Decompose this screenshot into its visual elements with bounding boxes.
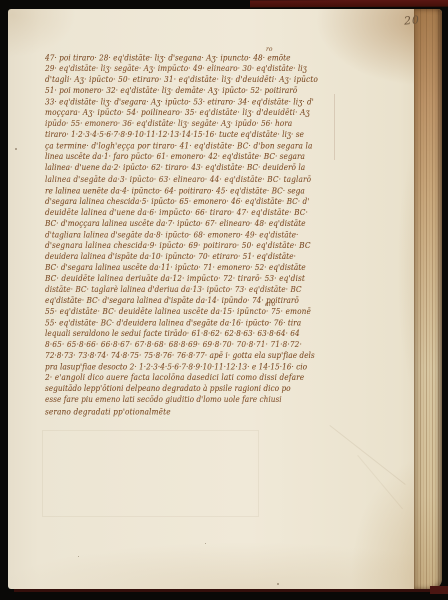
- interlinear-insertion: ro: [266, 46, 272, 53]
- manuscript-line: lequali seraldono le sedui facte tirādo·…: [45, 328, 313, 339]
- bleedthrough-ghost: [334, 94, 335, 160]
- manuscript-line: lalinea· d'uene da·2· ipūcto· 62· tiraro…: [45, 162, 313, 173]
- book-binding-top-edge: [250, 0, 448, 7]
- book-binding-corner: [430, 586, 448, 594]
- book-binding-bottom-edge: [14, 589, 434, 592]
- manuscript-line: d'segara lalinea chescida·5· ipūcto· 65·…: [45, 195, 313, 206]
- manuscript-line: linea uscēte da·1· faro pūcto· 61· emone…: [45, 151, 313, 162]
- manuscript-line: ça termine· d'logh'eçça por tiraro· 41· …: [45, 141, 313, 152]
- manuscript-line: esse fare piu emeno lati secōdo giuditio…: [45, 394, 313, 405]
- manuscript-page: 20 47· poi tiraro· 28· eq'distāte· liʒ· …: [8, 9, 442, 589]
- manuscript-line: seguitādo lepp'ōtioni delpeano degradato…: [45, 383, 313, 394]
- manuscript-line: BC· deuidēte lalinea deriuāte da·12· imp…: [45, 273, 313, 284]
- manuscript-line: re lalinea uenēte da·4· ipūncto· 64· poi…: [45, 185, 313, 196]
- manuscript-line: 2· e'angoli dico auere facta lacolōna da…: [45, 372, 313, 383]
- ink-speck: [205, 543, 206, 544]
- manuscript-line: 51· poi monero· 32· eq'distāte· liʒ· dem…: [45, 85, 313, 96]
- manuscript-line: 55· eq'distāte· BC· d'deuidera lalinea d…: [45, 317, 313, 328]
- manuscript-line: distāte· BC· taglarè lalinea d'deriua da…: [45, 284, 313, 295]
- manuscript-line: ipūdo· 55· emonero· 36· eq'distāte· liʒ·…: [45, 118, 313, 129]
- manuscript-line: 72·8·73· 73·8·74· 74·8·75· 75·8·76· 76·8…: [45, 350, 313, 361]
- interlinear-insertion: aro: [265, 301, 275, 308]
- ink-speck: [15, 148, 17, 150]
- manuscript-line: deuidera lalinea d'ispāte da·10· ipūncto…: [45, 251, 313, 262]
- bleedthrough-ghost: [42, 430, 259, 517]
- manuscript-line: BC· d'moççara lalinea uscēte da·7· ipūct…: [45, 218, 313, 229]
- manuscript-line: deuidēte lalinea d'uene da·6· impūcto· 6…: [45, 207, 313, 218]
- manuscript-line: d'segnara lalinea chescida·9· ipūcto· 69…: [45, 240, 313, 251]
- manuscript-line: moççara· Aʒ· ipūcto· 54· poilinearo· 35·…: [45, 107, 313, 118]
- manuscript-line: pra lasup'fiae desocto 2· 1·2·3·4·5·6·7·…: [45, 362, 313, 373]
- manuscript-line: d'tagliara lalinea d'segāte da·8· ipūcto…: [45, 229, 313, 240]
- manuscript-line: serano degradati pp'otionalmēte: [45, 406, 313, 417]
- photograph-of-manuscript: 20 47· poi tiraro· 28· eq'distāte· liʒ· …: [0, 0, 448, 600]
- book-fore-edge: [414, 9, 442, 589]
- bleedthrough-ghost: [357, 455, 403, 509]
- manuscript-line: 47· poi tiraro· 28· eq'distāte· liʒ· d's…: [45, 52, 313, 63]
- manuscript-line: tiraro· 1·2·3·4·5·6·7·8·9·10·11·12·13·14…: [45, 129, 313, 140]
- manuscript-line: 8·65· 65·8·66· 66·8·67· 67·8·68· 68·8·69…: [45, 339, 313, 350]
- ink-speck: [78, 556, 79, 557]
- ink-speck: [277, 583, 279, 585]
- folio-number: 20: [403, 13, 420, 27]
- manuscript-line: 29· eq'distāte· liʒ· segāte· Aʒ· impūcto…: [45, 63, 313, 74]
- manuscript-line: BC· d'segara lalinea uscēte da·11· ipūct…: [45, 262, 313, 273]
- manuscript-line: 33· eq'distāte· liʒ· d'segara· Aʒ· ipūct…: [45, 96, 313, 107]
- bleedthrough-ghost: [329, 425, 405, 485]
- manuscript-line: d'tagli· Aʒ· ipūcto· 50· etiraro· 31· eq…: [45, 74, 313, 85]
- manuscript-line: lalinea d'segāte da·3· ipūcto· 63· eline…: [45, 174, 313, 185]
- manuscript-text-block: 47· poi tiraro· 28· eq'distāte· liʒ· d's…: [45, 52, 313, 417]
